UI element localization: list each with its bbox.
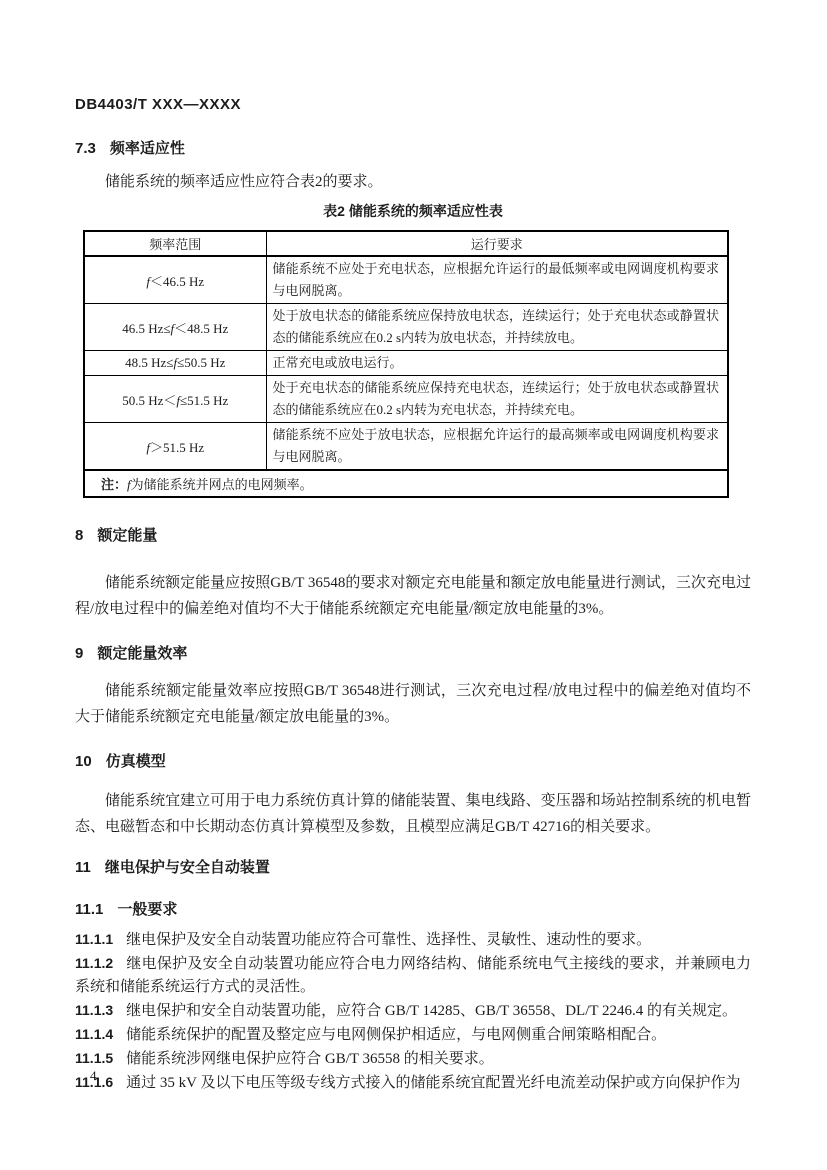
frequency-adaptability-table: 频率范围 运行要求 f＜46.5 Hz 储能系统不应处于充电状态，应根据允许运行… bbox=[83, 230, 729, 498]
clause-item-list: 11.1.1继电保护及安全自动装置功能应符合可靠性、选择性、灵敏性、速动性的要求… bbox=[75, 928, 751, 1095]
section-title: 一般要求 bbox=[117, 901, 177, 918]
paragraph-9: 储能系统额定能量效率应按照GB/T 36548进行测试，三次充电过程/放电过程中… bbox=[75, 678, 751, 730]
table-row: 50.5 Hz＜f≤51.5 Hz 处于充电状态的储能系统应保持充电状态，连续运… bbox=[84, 376, 728, 423]
table-row: f＞51.5 Hz 储能系统不应处于放电状态，应根据允许运行的最高频率或电网调度… bbox=[84, 423, 728, 471]
table-note: 注：f为储能系统并网点的电网频率。 bbox=[84, 470, 728, 497]
clause-item: 11.1.1继电保护及安全自动装置功能应符合可靠性、选择性、灵敏性、速动性的要求… bbox=[75, 928, 751, 952]
section-number: 9 bbox=[75, 645, 83, 662]
paragraph-10: 储能系统宜建立可用于电力系统仿真计算的储能装置、集电线路、变压器和场站控制系统的… bbox=[75, 788, 751, 840]
frequency-range-cell: f＞51.5 Hz bbox=[84, 423, 266, 471]
frequency-range-cell: f＜46.5 Hz bbox=[84, 256, 266, 304]
section-title: 仿真模型 bbox=[106, 753, 166, 770]
paragraph-8: 储能系统额定能量应按照GB/T 36548的要求对额定充电能量和额定放电能量进行… bbox=[75, 570, 751, 622]
paragraph-7-3: 储能系统的频率适应性应符合表2的要求。 bbox=[75, 169, 751, 195]
section-heading-7-3: 7.3频率适应性 bbox=[75, 139, 751, 159]
table-row: f＜46.5 Hz 储能系统不应处于充电状态，应根据允许运行的最低频率或电网调度… bbox=[84, 256, 728, 304]
clause-item: 11.1.6通过 35 kV 及以下电压等级专线方式接入的储能系统宜配置光纤电流… bbox=[75, 1071, 751, 1095]
page-number: 4 bbox=[90, 1068, 97, 1084]
requirement-cell: 储能系统不应处于充电状态，应根据允许运行的最低频率或电网调度机构要求与电网脱离。 bbox=[266, 256, 728, 304]
requirement-cell: 处于放电状态的储能系统应保持放电状态，连续运行；处于充电状态或静置状态的储能系统… bbox=[266, 304, 728, 351]
section-heading-9: 9额定能量效率 bbox=[75, 644, 751, 664]
section-title: 额定能量 bbox=[97, 527, 157, 544]
table-header-cell-range: 频率范围 bbox=[84, 231, 266, 256]
clause-item: 11.1.4储能系统保护的配置及整定应与电网侧保护相适应，与电网侧重合闸策略相配… bbox=[75, 1023, 751, 1047]
frequency-range-cell: 50.5 Hz＜f≤51.5 Hz bbox=[84, 376, 266, 423]
section-number: 8 bbox=[75, 527, 83, 544]
table-header-cell-requirement: 运行要求 bbox=[266, 231, 728, 256]
doc-header: DB4403/T XXX—XXXX bbox=[75, 96, 751, 113]
requirement-cell: 储能系统不应处于放电状态，应根据允许运行的最高频率或电网调度机构要求与电网脱离。 bbox=[266, 423, 728, 471]
section-number: 10 bbox=[75, 753, 92, 770]
table-note-row: 注：f为储能系统并网点的电网频率。 bbox=[84, 470, 728, 497]
section-heading-11: 11继电保护与安全自动装置 bbox=[75, 858, 751, 878]
section-title: 继电保护与安全自动装置 bbox=[105, 859, 270, 876]
section-number: 7.3 bbox=[75, 140, 96, 157]
table-row: 46.5 Hz≤f＜48.5 Hz 处于放电状态的储能系统应保持放电状态，连续运… bbox=[84, 304, 728, 351]
frequency-range-cell: 48.5 Hz≤f≤50.5 Hz bbox=[84, 351, 266, 376]
requirement-cell: 正常充电或放电运行。 bbox=[266, 351, 728, 376]
requirement-cell: 处于充电状态的储能系统应保持充电状态，连续运行；处于放电状态或静置状态的储能系统… bbox=[266, 376, 728, 423]
section-title: 额定能量效率 bbox=[97, 645, 187, 662]
section-number: 11 bbox=[75, 859, 91, 876]
clause-item: 11.1.2继电保护及安全自动装置功能应符合电力网络结构、储能系统电气主接线的要… bbox=[75, 952, 751, 999]
section-title: 频率适应性 bbox=[110, 140, 185, 157]
section-heading-10: 10仿真模型 bbox=[75, 752, 751, 772]
table-row: 48.5 Hz≤f≤50.5 Hz 正常充电或放电运行。 bbox=[84, 351, 728, 376]
table-header-row: 频率范围 运行要求 bbox=[84, 231, 728, 256]
section-heading-8: 8额定能量 bbox=[75, 526, 751, 546]
document-page: DB4403/T XXX—XXXX 7.3频率适应性 储能系统的频率适应性应符合… bbox=[0, 0, 827, 1170]
clause-item: 11.1.3继电保护和安全自动装置功能，应符合 GB/T 14285、GB/T … bbox=[75, 999, 751, 1023]
clause-item: 11.1.5储能系统涉网继电保护应符合 GB/T 36558 的相关要求。 bbox=[75, 1047, 751, 1071]
table-title: 表2 储能系统的频率适应性表 bbox=[75, 201, 751, 221]
section-number: 11.1 bbox=[75, 901, 103, 918]
section-heading-11-1: 11.1一般要求 bbox=[75, 900, 751, 920]
frequency-range-cell: 46.5 Hz≤f＜48.5 Hz bbox=[84, 304, 266, 351]
